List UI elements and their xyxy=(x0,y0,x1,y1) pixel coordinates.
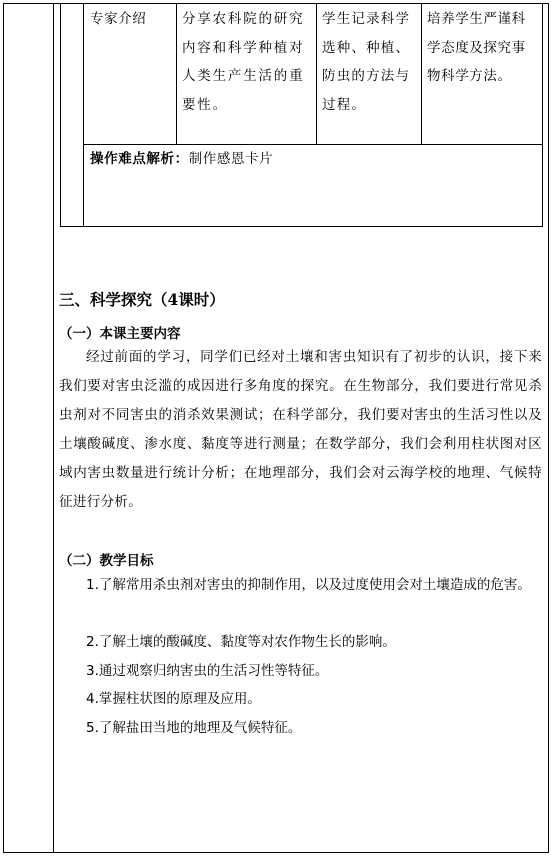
inner-table-right-border xyxy=(542,3,543,227)
inner-table-bottom-border xyxy=(60,226,543,227)
goal-item-5: 5.了解盐田当地的地理及气候特征。 xyxy=(59,714,542,743)
difficulty-value: 制作感恩卡片 xyxy=(189,151,274,167)
outer-table-top-border xyxy=(3,3,549,4)
inner-table-left-border xyxy=(60,3,61,227)
table-cell-goal: 培养学生严谨科学态度及探究事物科学方法。 xyxy=(427,5,539,91)
difficulty-label: 操作难点解析： xyxy=(90,151,189,167)
inner-table-col-divider-1 xyxy=(83,3,84,227)
outer-table-left-border xyxy=(3,3,4,853)
outer-table-right-border xyxy=(548,3,549,853)
inner-table-col-divider-2 xyxy=(176,3,177,144)
section-title: 三、科学探究（4课时） xyxy=(59,288,225,310)
table-cell-activity: 专家介绍 xyxy=(90,5,174,34)
subsection-title-main-content: （一）本课主要内容 xyxy=(59,322,181,342)
goal-item-2: 2.了解土壤的酸碱度、黏度等对农作物生长的影响。 xyxy=(59,628,542,657)
outer-table-bottom-border xyxy=(3,852,549,853)
table-cell-student-activity: 学生记录科学选种、种植、防虫的方法与过程。 xyxy=(322,5,420,119)
inner-table-col-divider-4 xyxy=(421,3,422,144)
main-content-paragraph: 经过前面的学习，同学们已经对土壤和害虫知识有了初步的认识，接下来我们要对害虫泛滥… xyxy=(59,343,542,517)
inner-table-col-divider-3 xyxy=(316,3,317,144)
goal-item-3: 3.通过观察归纳害虫的生活习性等特征。 xyxy=(59,657,542,686)
table-cell-content: 分享农科院的研究内容和科学种植对人类生产生活的重要性。 xyxy=(182,5,314,119)
subsection-title-teaching-goals: （二）教学目标 xyxy=(59,549,154,569)
goal-item-1: 1.了解常用杀虫剂对害虫的抑制作用，以及过度使用会对土壤造成的危害。 xyxy=(59,571,542,600)
outer-table-column-divider xyxy=(53,3,54,853)
goal-item-4: 4.掌握柱状图的原理及应用。 xyxy=(59,685,542,714)
difficulty-row: 操作难点解析：制作感恩卡片 xyxy=(90,145,535,174)
